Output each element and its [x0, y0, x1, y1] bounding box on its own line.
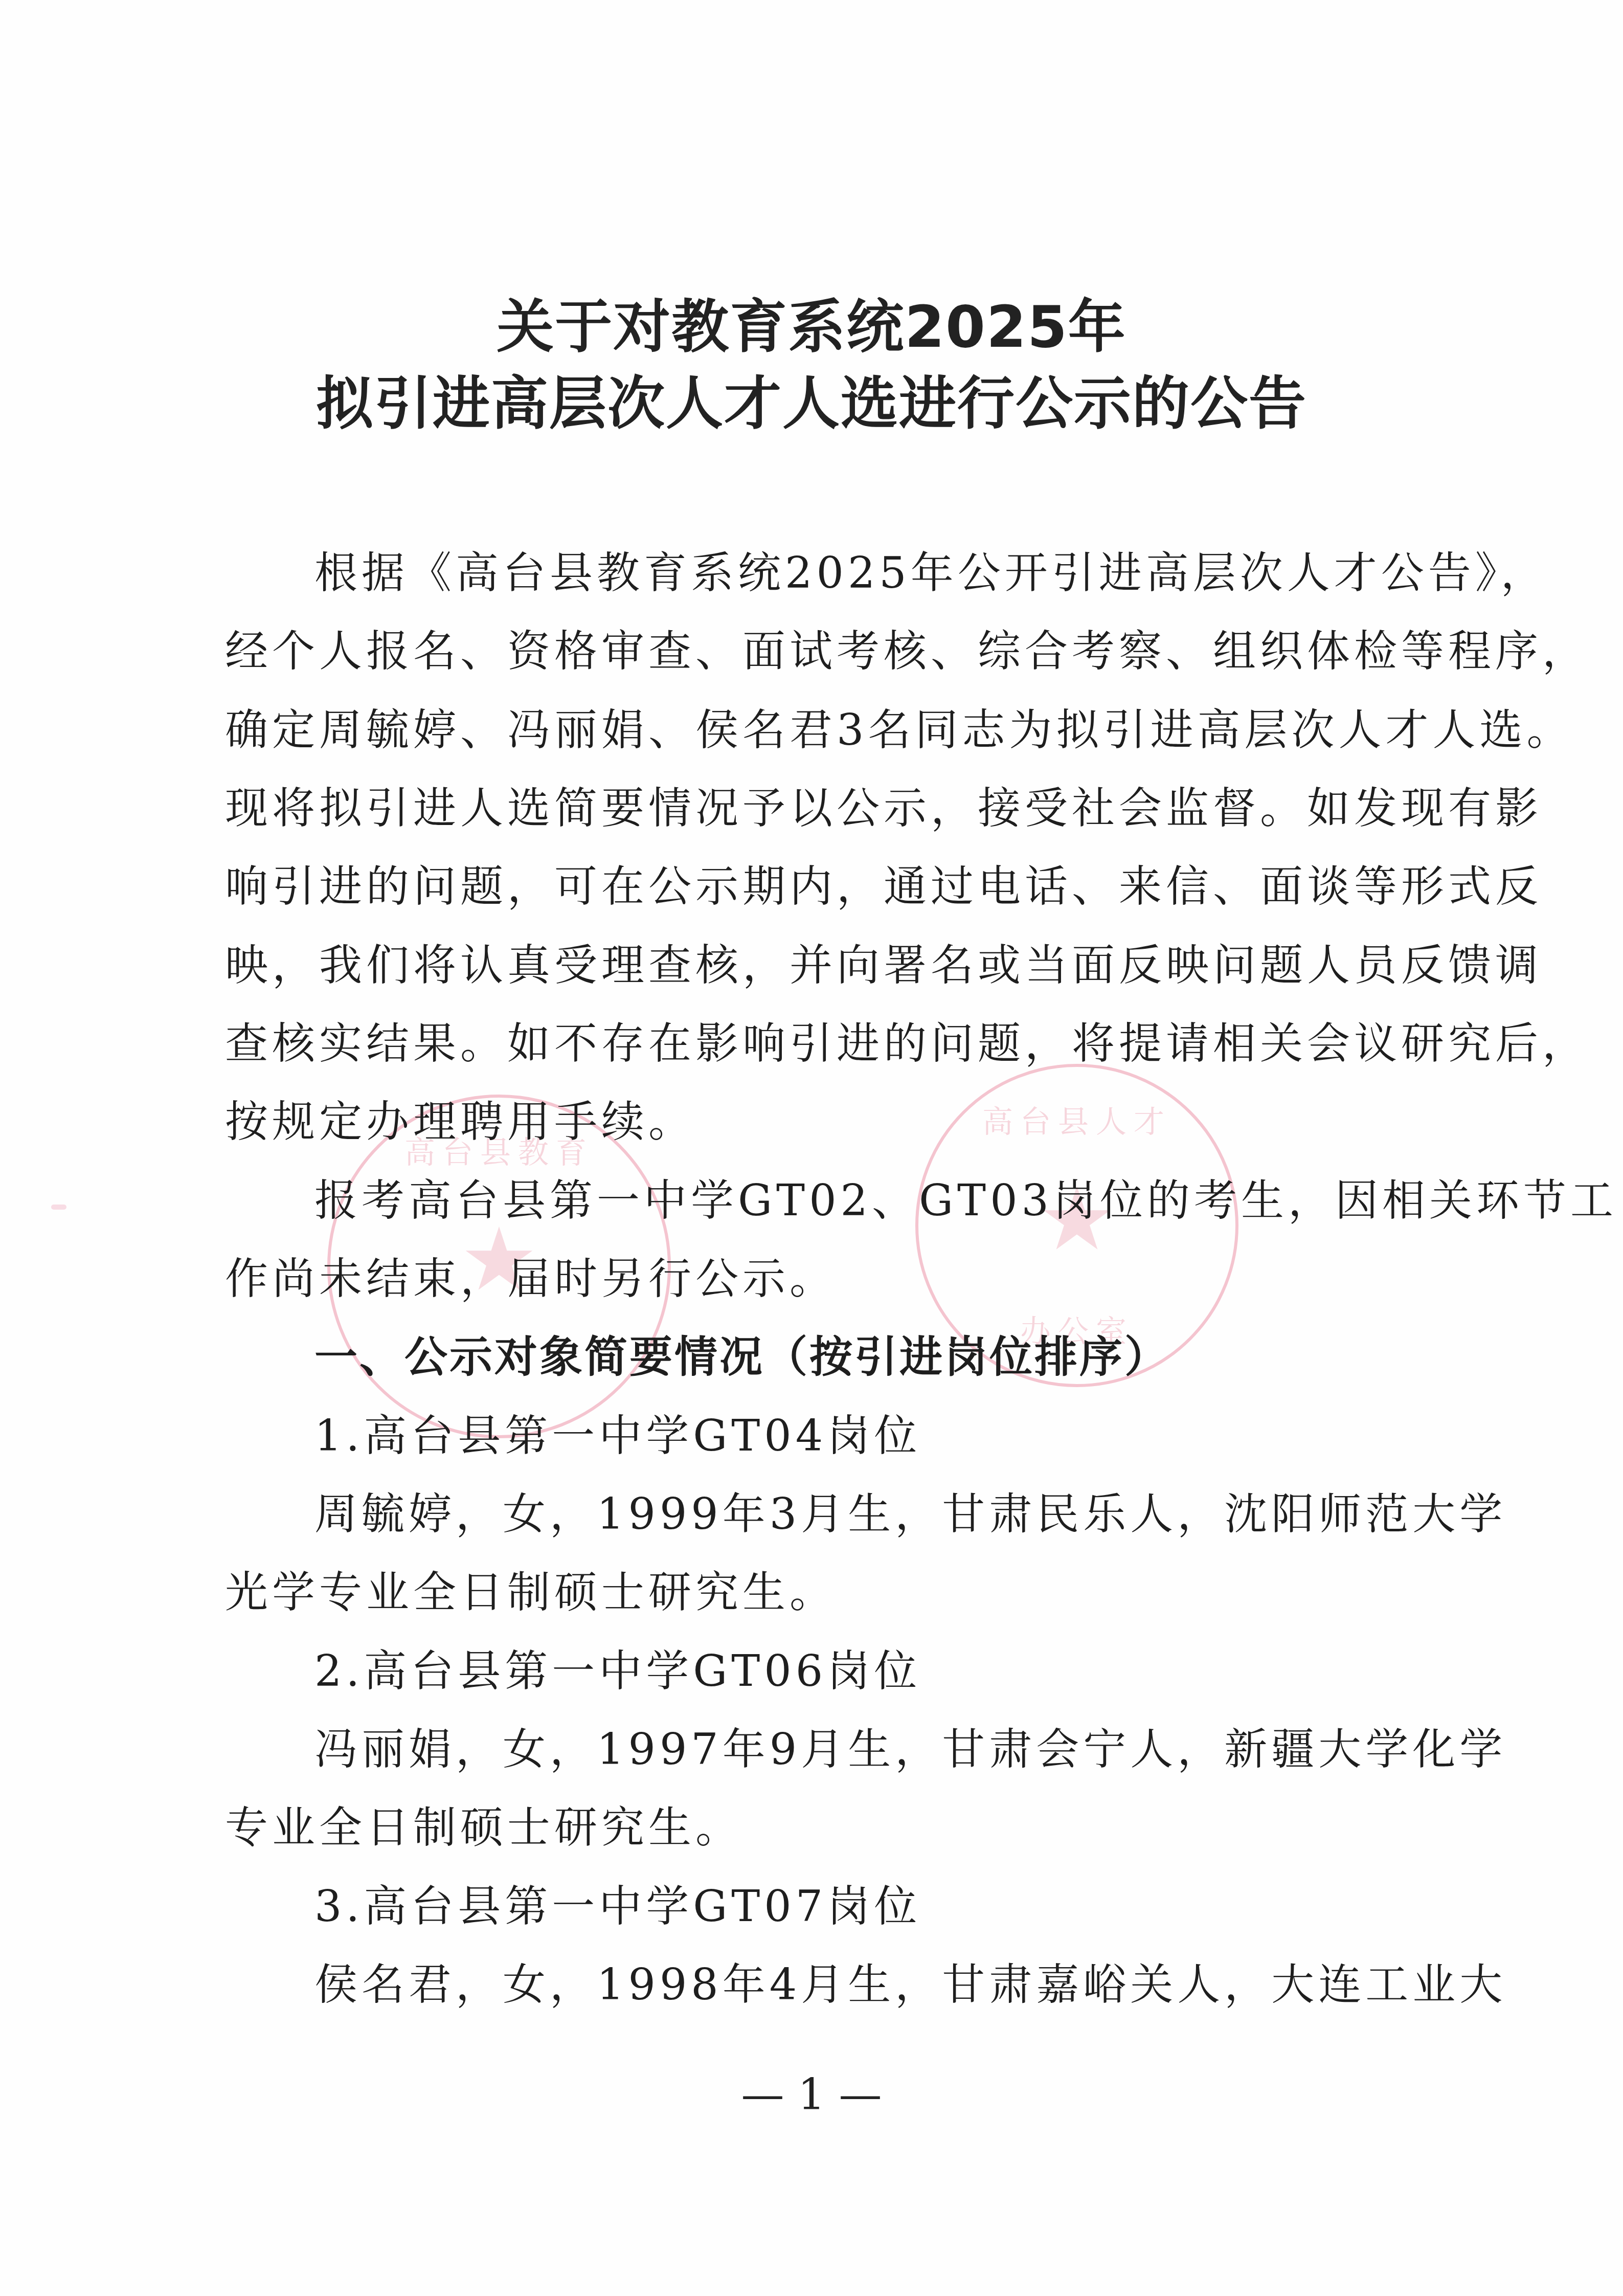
- candidate-info: 侯名君，女，1998年4月生，甘肃嘉峪关人，大连工业大: [314, 1956, 1452, 2013]
- body-line: 响引进的问题，可在公示期内，通过电话、来信、面谈等形式反: [225, 858, 1452, 915]
- section-heading: 一、公示对象简要情况（按引进岗位排序）: [314, 1329, 1452, 1385]
- document-page: ★ 高台县教育 ★ 高台县人才 办公室 关于对教育系统2025年 拟引进高层次人…: [0, 0, 1623, 2296]
- body-line: 映，我们将认真受理查核，并向署名或当面反映问题人员反馈调: [225, 937, 1452, 993]
- body-line: 作尚未结束，届时另行公示。: [225, 1251, 1452, 1307]
- candidate-position: 1.高台县第一中学GT04岗位: [314, 1408, 1452, 1464]
- candidate-info: 专业全日制硕士研究生。: [225, 1799, 1452, 1856]
- candidate-position: 3.高台县第一中学GT07岗位: [314, 1878, 1452, 1934]
- document-title-line-2: 拟引进高层次人才人选进行公示的公告: [0, 371, 1623, 437]
- body-line: 查核实结果。如不存在影响引进的问题，将提请相关会议研究后，: [225, 1015, 1452, 1072]
- body-line: 根据《高台县教育系统2025年公开引进高层次人才公告》，: [314, 545, 1452, 601]
- candidate-info: 周毓婷，女，1999年3月生，甘肃民乐人，沈阳师范大学: [314, 1486, 1452, 1542]
- body-line: 现将拟引进人选简要情况予以公示，接受社会监督。如发现有影: [225, 780, 1452, 836]
- body-line: 报考高台县第一中学GT02、GT03岗位的考生，因相关环节工: [314, 1172, 1452, 1229]
- candidate-position: 2.高台县第一中学GT06岗位: [314, 1643, 1452, 1699]
- ink-speck: [51, 1205, 66, 1210]
- candidate-info: 冯丽娟，女，1997年9月生，甘肃会宁人，新疆大学化学: [314, 1721, 1452, 1777]
- body-line: 经个人报名、资格审查、面试考核、综合考察、组织体检等程序，: [225, 623, 1452, 679]
- document-title-line-1: 关于对教育系统2025年: [0, 294, 1623, 361]
- page-number: — 1 —: [0, 2066, 1623, 2123]
- body-line: 按规定办理聘用手续。: [225, 1094, 1452, 1150]
- body-line: 确定周毓婷、冯丽娟、侯名君3名同志为拟引进高层次人才人选。: [225, 702, 1452, 758]
- candidate-info: 光学专业全日制硕士研究生。: [225, 1564, 1452, 1620]
